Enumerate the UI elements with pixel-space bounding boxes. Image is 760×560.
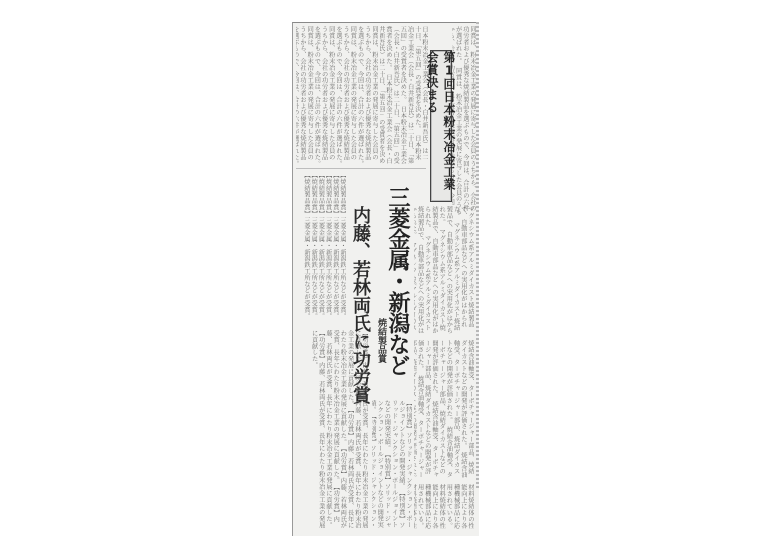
header-box-title: 第1回日本粉末冶金工業会賞決まる — [430, 50, 452, 202]
body-column-top-a: 日本粉末冶金工業会（会長・白井新吾氏）は二十日、「第五回」の受賞者を決めた。 日… — [380, 26, 428, 166]
headline-main: 三菱金属・新潟など — [384, 186, 412, 396]
body-column-top-b: 同賞は、粉末冶金工業の発展に寄与した会員のうちから、会社の功労者および優秀な焼結… — [296, 26, 378, 166]
section-divider — [296, 168, 426, 169]
body-column-right-lower: 焼結含油軸受、ターボチャージャー部品、焼結ダイカストなどの開発が評価された。 焼… — [414, 340, 474, 480]
body-column-right-mid: マグネシウム系アルミダイカスト焼結製品で、自動車部品などへの実用化がはかられた。… — [414, 206, 474, 336]
body-column-bottom: 【特別賞】ソリッド・ジャンクション・ボールジョイントなどの開発実績。 【特別賞】… — [372, 400, 412, 530]
body-column-left-mid: 【焼結製品賞】三菱金属・新潟鉄工所などが受賞。 【焼結製品賞】三菱金属・新潟鉄工… — [296, 172, 346, 322]
right-column-rule — [476, 22, 479, 488]
body-column-left-lower: 【功労賞】内藤、若林両氏が受賞、長年にわたり粉末冶金工業の発展に貢献した。 【功… — [296, 330, 368, 530]
body-column-bottom-right: 材料焼結体の性能向上により各種機械部品に応用されている。 材料焼結体の性能向上に… — [414, 484, 474, 534]
headline-award-label: 焼結製品賞 — [372, 318, 386, 368]
